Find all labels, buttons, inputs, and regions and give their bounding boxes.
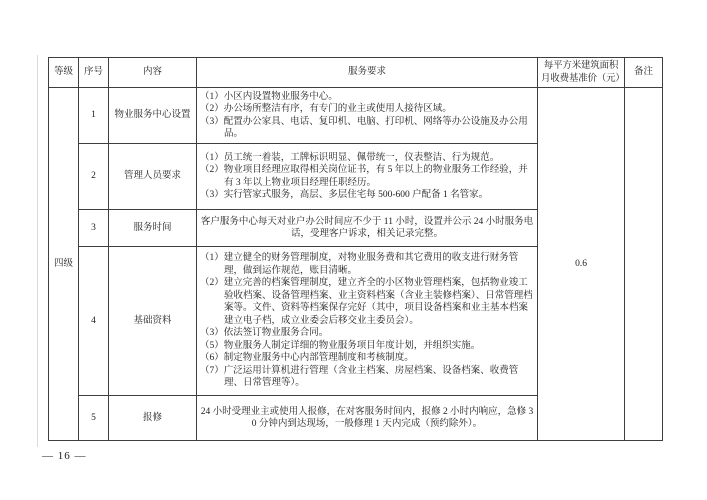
header-cell-requirements: 服务要求 [197, 58, 538, 88]
requirement-item: （6）制定物业服务中心内部管理制度和考核制度。 [200, 352, 534, 365]
page-edge-line [37, 55, 38, 447]
level-cell: 四级 [49, 88, 79, 441]
requirement-item: （2）物业项目经理应取得相关岗位证书，有 5 年以上的物业服务工作经验，并有 3… [200, 164, 534, 189]
header-row: 等级 序号 内容 服务要求 每平方米建筑面积月收费基准价（元） 备注 [49, 58, 663, 88]
requirement-item: （3）依法签订物业服务合同。 [200, 327, 534, 340]
row-no: 3 [79, 210, 109, 247]
requirement-item: （1）员工统一着装，工牌标识明显、佩带统一，仪表整洁、行为规范。 [200, 152, 534, 165]
price-cell: 0.6 [538, 88, 625, 441]
requirement-item: （3）配置办公家具、电话、复印机、电脑、打印机、网络等办公设施及办公用品。 [200, 116, 534, 141]
content-cell: 报修 [109, 396, 197, 441]
row-no: 1 [79, 88, 109, 144]
row-no: 4 [79, 247, 109, 396]
row-no: 5 [79, 396, 109, 441]
requirement-item: （7）广泛运用计算机进行管理（含业主档案、房屋档案、设备档案、收费管理、日常管理… [200, 365, 534, 390]
requirement-item: （5）物业服务人制定详细的物业服务项目年度计划，并组织实施。 [200, 340, 534, 353]
header-cell-no: 序号 [79, 58, 109, 88]
requirement-item: （2）办公场所整洁有序，有专门的业主或使用人接待区域。 [200, 103, 534, 116]
table-row: 四级 1 物业服务中心设置 （1）小区内设置物业服务中心。 （2）办公场所整洁有… [49, 88, 663, 144]
requirements-cell: （1）小区内设置物业服务中心。 （2）办公场所整洁有序，有专门的业主或使用人接待… [197, 88, 538, 144]
content-cell: 服务时间 [109, 210, 197, 247]
requirements-cell: （1）建立健全的财务管理制度，对物业服务费和其它费用的收支进行财务管理，做到运作… [197, 247, 538, 396]
header-cell-level: 等级 [49, 58, 79, 88]
requirements-cell: 24 小时受理业主或使用人报修，在对客服务时间内，报修 2 小时内响应，急修 3… [197, 396, 538, 441]
page-number: — 16 — [42, 450, 87, 462]
header-cell-remarks: 备注 [625, 58, 663, 88]
requirement-item: （1）小区内设置物业服务中心。 [200, 91, 534, 104]
content-cell: 物业服务中心设置 [109, 88, 197, 144]
row-no: 2 [79, 144, 109, 210]
content-cell: 基础资料 [109, 247, 197, 396]
requirements-cell: 客户服务中心每天对业户办公时间应不少于 11 小时，设置并公示 24 小时服务电… [197, 210, 538, 247]
requirement-item: （2）建立完善的档案管理制度，建立齐全的小区物业管理档案，包括物业竣工验收档案、… [200, 277, 534, 327]
header-cell-price: 每平方米建筑面积月收费基准价（元） [538, 58, 625, 88]
requirement-item: （1）建立健全的财务管理制度，对物业服务费和其它费用的收支进行财务管理，做到运作… [200, 252, 534, 277]
remarks-cell [625, 88, 663, 441]
requirements-cell: （1）员工统一着装，工牌标识明显、佩带统一，仪表整洁、行为规范。 （2）物业项目… [197, 144, 538, 210]
content-cell: 管理人员要求 [109, 144, 197, 210]
header-cell-content: 内容 [109, 58, 197, 88]
service-standards-table: 等级 序号 内容 服务要求 每平方米建筑面积月收费基准价（元） 备注 四级 1 … [48, 57, 663, 441]
requirement-item: （3）实行管家式服务，高层、多层住宅每 500-600 户配备 1 名管家。 [200, 189, 534, 202]
